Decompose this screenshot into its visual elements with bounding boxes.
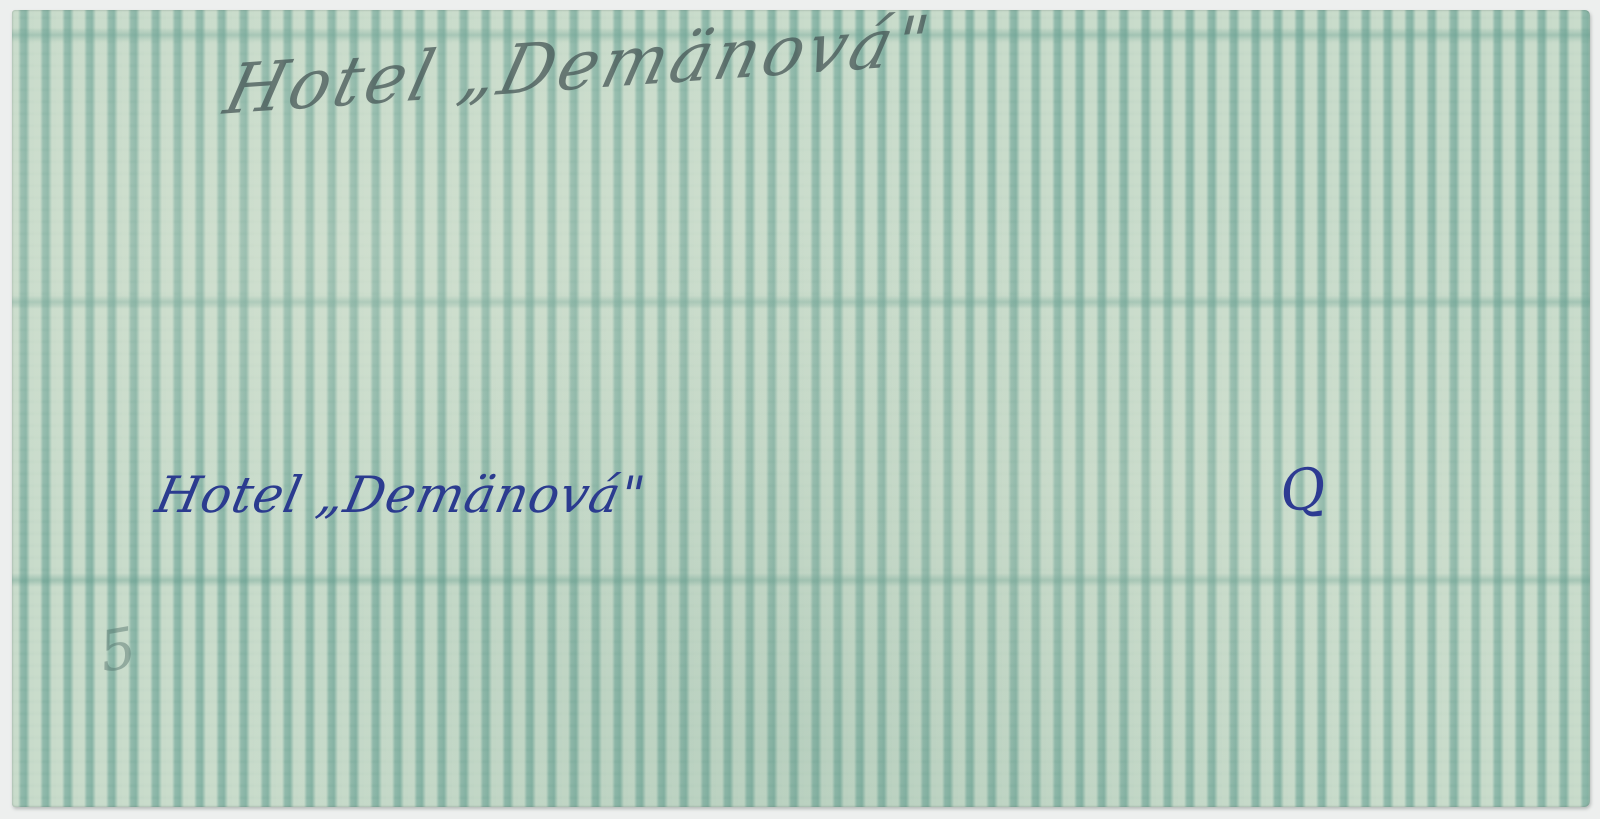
ink-handwritten-letter-mark: Q — [1276, 455, 1331, 526]
index-card: Hotel „Demänová" Hotel „Demänová" Q 5 — [12, 10, 1590, 807]
paper-texture — [12, 10, 1590, 807]
ink-handwritten-caption: Hotel „Demänová" — [151, 466, 651, 524]
